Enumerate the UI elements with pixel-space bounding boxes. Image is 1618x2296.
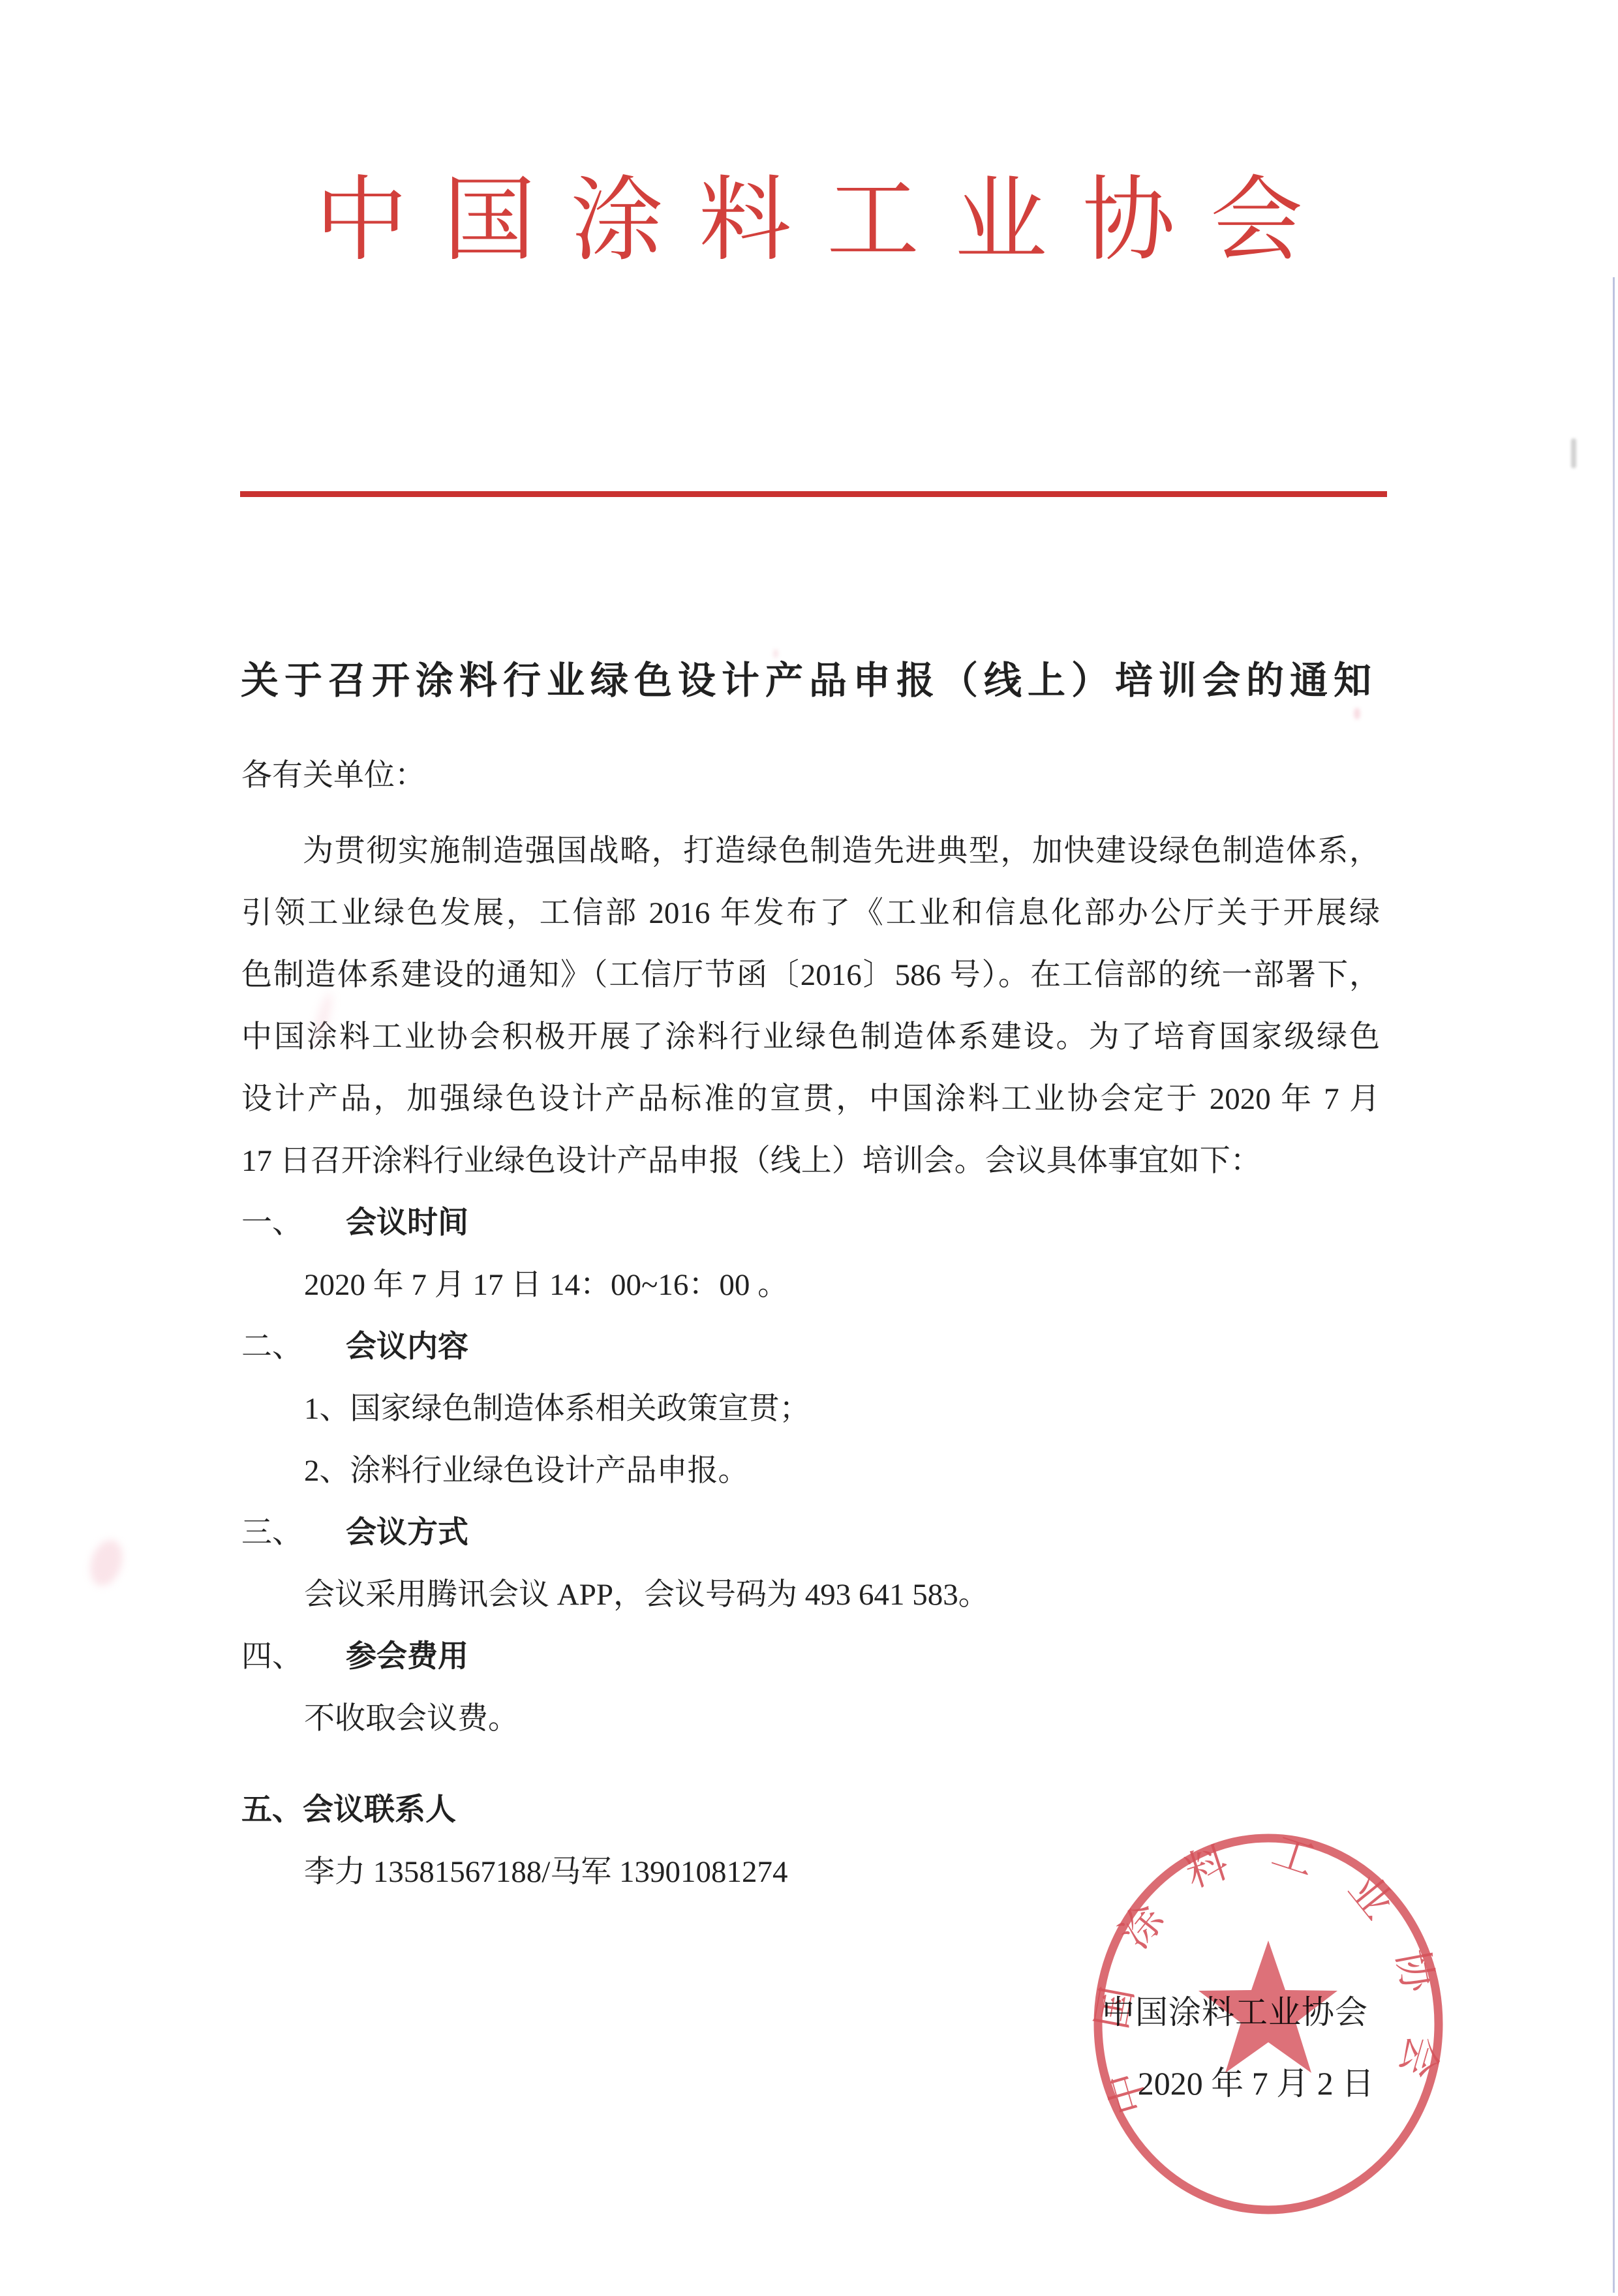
seal-star-icon <box>1198 1941 1337 2073</box>
section-marker: 四、 <box>241 1626 346 1688</box>
section-marker: 二、 <box>241 1316 346 1378</box>
section-heading: 会议时间 <box>346 1206 468 1240</box>
list-item: 2、涂料行业绿色设计产品申报。 <box>241 1440 1380 1502</box>
section-heading-line: 四、参会费用 <box>241 1626 1380 1688</box>
paragraph-line: 引领工业绿色发展，工信部 2016 年发布了《工业和信息化部办公厅关于开展绿 <box>241 883 1380 944</box>
section-heading: 会议方式 <box>346 1516 468 1550</box>
scan-artifact <box>85 1536 128 1590</box>
scan-artifact <box>773 649 778 658</box>
paragraph-line: 中国涂料工业协会积极开展了涂料行业绿色制造体系建设。为了培育国家级绿色 <box>241 1006 1380 1068</box>
opening-paragraph: 为贯彻实施制造强国战略，打造绿色制造先进典型，加快建设绿色制造体系， 引领工业绿… <box>241 821 1380 1192</box>
section-body-line: 不收取会议费。 <box>241 1688 1380 1750</box>
paragraph-line: 色制造体系建设的通知》（工信厅节函〔2016〕586 号）。在工信部的统一部署下… <box>241 944 1380 1006</box>
section-marker: 一、 <box>241 1192 346 1254</box>
section-heading: 参会费用 <box>346 1640 468 1674</box>
letterhead-org-name: 中国涂料工业协会 <box>0 171 1618 270</box>
section-heading-line: 二、会议内容 <box>241 1316 1380 1378</box>
section-heading: 会议内容 <box>346 1330 468 1364</box>
paragraph-line: 17 日召开涂料行业绿色设计产品申报（线上）培训会。会议具体事宜如下： <box>241 1130 1380 1192</box>
section-heading: 会议联系人 <box>303 1793 456 1827</box>
notice-body: 各有关单位： 为贯彻实施制造强国战略，打造绿色制造先进典型，加快建设绿色制造体系… <box>241 745 1380 1903</box>
letterhead-divider <box>240 491 1387 497</box>
section-marker: 三、 <box>241 1502 346 1564</box>
section-heading-line: 一、会议时间 <box>241 1192 1380 1254</box>
section-heading-line: 三、会议方式 <box>241 1502 1380 1564</box>
section-body-line: 2020 年 7 月 17 日 14：00~16：00 。 <box>241 1254 1380 1316</box>
section-marker: 五、 <box>241 1793 303 1827</box>
list-item: 1、国家绿色制造体系相关政策宣贯； <box>241 1378 1380 1440</box>
paragraph-line: 设计产品，加强绿色设计产品标准的宣贯，中国涂料工业协会定于 2020 年 7 月 <box>241 1068 1380 1130</box>
scan-artifact <box>1354 708 1360 719</box>
paragraph-line: 为贯彻实施制造强国战略，打造绿色制造先进典型，加快建设绿色制造体系， <box>241 821 1380 883</box>
notice-title: 关于召开涂料行业绿色设计产品申报（线上）培训会的通知 <box>239 656 1379 706</box>
scan-edge-line <box>1613 277 1615 2293</box>
official-seal: 中国涂料工业协会 <box>1083 1823 1455 2228</box>
salutation: 各有关单位： <box>241 745 1380 807</box>
section-body-line: 会议采用腾讯会议 APP，会议号码为 493 641 583。 <box>241 1564 1380 1626</box>
scan-artifact <box>1571 438 1576 468</box>
scanned-notice-page: 中国涂料工业协会 关于召开涂料行业绿色设计产品申报（线上）培训会的通知 各有关单… <box>0 0 1618 2296</box>
